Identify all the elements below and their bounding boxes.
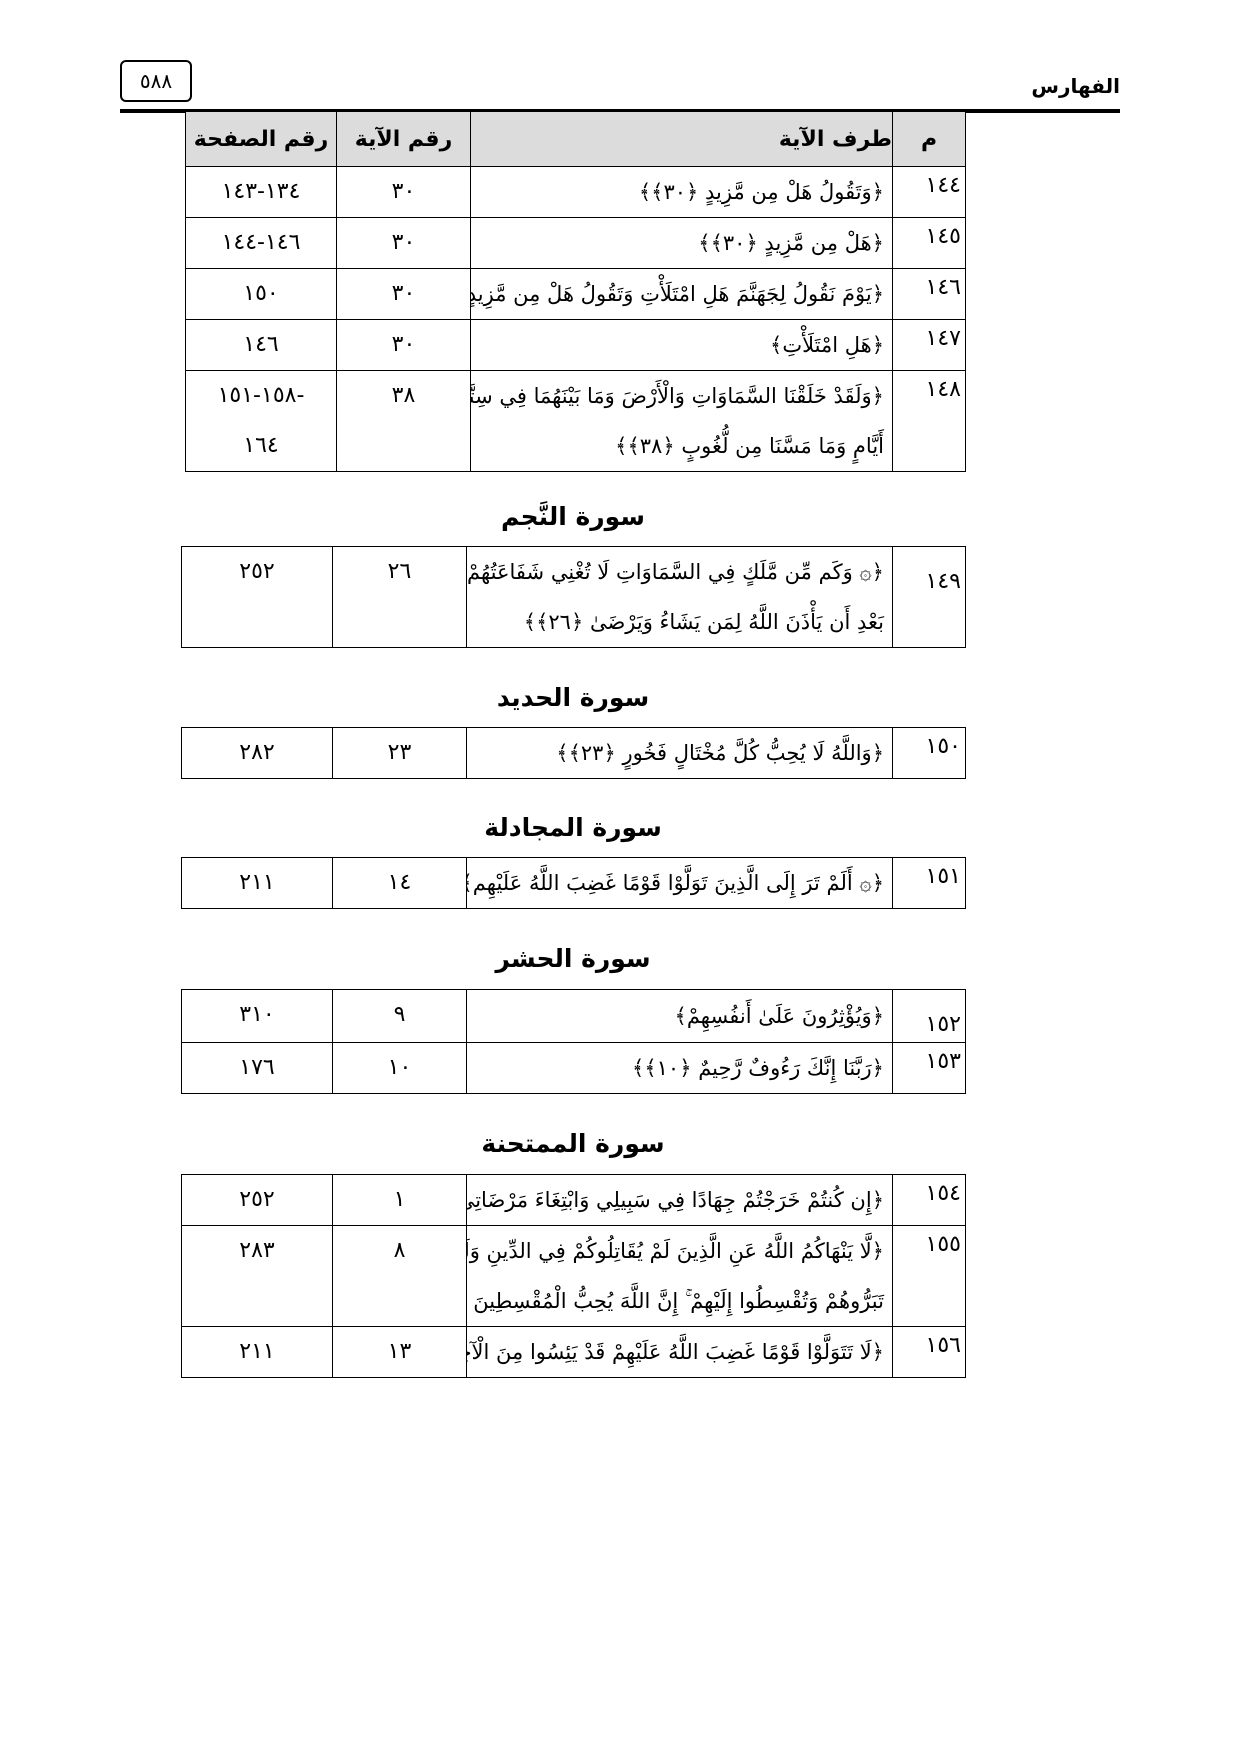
ayah-number: ٢٦	[333, 547, 466, 597]
verse-text: ﴿لَا تَتَوَلَّوْا قَوْمًا غَضِبَ اللَّهُ…	[467, 1327, 892, 1377]
ayah-number: ٣٨	[337, 371, 470, 421]
page-ref-line-2: ١٦٤	[186, 421, 336, 471]
ayah-number: ١	[333, 1175, 466, 1225]
verse-text-line-1: ﴿لَّا يَنْهَاكُمُ اللَّهُ عَنِ الَّذِينَ…	[467, 1226, 892, 1276]
table-row: ١٤٩ ﴿۞ وَكَم مِّن مَّلَكٍ فِي السَّمَاوَ…	[182, 547, 966, 648]
verse-text-line-2: أَيَّامٍ وَمَا مَسَّنَا مِن لُّغُوبٍ ﴿٣٨…	[471, 421, 892, 471]
ayah-number: ٣٠	[337, 167, 470, 217]
page-ref: ٢٨٣	[182, 1226, 332, 1276]
page-ref: ١٧٦	[182, 1043, 332, 1093]
verse-text-line-1: ﴿وَلَقَدْ خَلَقْنَا السَّمَاوَاتِ وَالْأ…	[471, 371, 892, 421]
page-header: ٥٨٨ الفهارس	[120, 60, 1120, 112]
page-ref: ٢٥٢	[182, 547, 332, 597]
surah-title-hadid: سورة الحديد	[180, 683, 966, 712]
index-table-hadid: ١٥٠ ﴿وَاللَّهُ لَا يُحِبُّ كُلَّ مُخْتَا…	[181, 727, 966, 779]
index-table-hashr: ١٥٢ ﴿وَيُؤْثِرُونَ عَلَىٰ أَنفُسِهِمْ﴾ ٩…	[181, 989, 966, 1094]
table-row: ١٤٤ ﴿وَتَقُولُ هَلْ مِن مَّزِيدٍ ﴿٣٠﴾﴾ ٣…	[186, 167, 966, 218]
ayah-number: ٩	[333, 990, 466, 1040]
page-ref: ١٣٤-١٤٣	[186, 167, 336, 217]
ayah-number: ١٤	[333, 858, 466, 908]
page-number: ٥٨٨	[120, 60, 192, 102]
page-ref: ١٥٠	[186, 269, 336, 319]
verse-text: ﴿وَيُؤْثِرُونَ عَلَىٰ أَنفُسِهِمْ﴾	[467, 990, 892, 1042]
table-row: ١٤٦ ﴿يَوْمَ نَقُولُ لِجَهَنَّمَ هَلِ امْ…	[186, 269, 966, 320]
verse-text-line-2: بَعْدِ أَن يَأْذَنَ اللَّهُ لِمَن يَشَاء…	[467, 597, 892, 647]
running-title: الفهارس	[1031, 74, 1120, 98]
row-number: ١٤٤	[893, 167, 965, 198]
verse-text-line-2: تَبَرُّوهُمْ وَتُقْسِطُوا إِلَيْهِمْ ۚ إ…	[467, 1276, 892, 1326]
page-ref: ٢٨٢	[182, 728, 332, 778]
page-ref: ١٤٦-١٤٤	[186, 218, 336, 268]
verse-text: ﴿وَاللَّهُ لَا يُحِبُّ كُلَّ مُخْتَالٍ ف…	[467, 728, 892, 778]
row-number: ١٥٢	[893, 990, 965, 1037]
ayah-number: ١٣	[333, 1327, 466, 1377]
verse-text: ﴿رَبَّنَا إِنَّكَ رَءُوفٌ رَّحِيمٌ ﴿١٠﴾﴾	[467, 1043, 892, 1093]
verse-text: ﴿إِن كُنتُمْ خَرَجْتُمْ جِهَادًا فِي سَب…	[467, 1175, 892, 1225]
verse-text-line-1: ﴿۞ وَكَم مِّن مَّلَكٍ فِي السَّمَاوَاتِ …	[467, 547, 892, 597]
table-row: ١٤٨ ﴿وَلَقَدْ خَلَقْنَا السَّمَاوَاتِ وَ…	[186, 371, 966, 472]
row-number: ١٥٥	[893, 1226, 965, 1257]
page-ref: ٢١١	[182, 1327, 332, 1377]
verse-text: ﴿وَتَقُولُ هَلْ مِن مَّزِيدٍ ﴿٣٠﴾﴾	[471, 167, 892, 217]
index-table-mumtahanah: ١٥٤ ﴿إِن كُنتُمْ خَرَجْتُمْ جِهَادًا فِي…	[181, 1174, 966, 1378]
row-number: ١٤٦	[893, 269, 965, 300]
column-header-no: م	[893, 112, 966, 167]
ayah-number: ١٠	[333, 1043, 466, 1093]
index-table-mujadila: ١٥١ ﴿۞ أَلَمْ تَرَ إِلَى الَّذِينَ تَوَل…	[181, 857, 966, 909]
table-row: ١٥٤ ﴿إِن كُنتُمْ خَرَجْتُمْ جِهَادًا فِي…	[182, 1175, 966, 1226]
table-header-row: م طرف الآية رقم الآية رقم الصفحة	[186, 112, 966, 167]
page-ref-line-1: -١٥٨-١٥١	[186, 371, 336, 421]
ayah-number: ٢٣	[333, 728, 466, 778]
surah-title-najm: سورة النَّجم	[180, 502, 966, 531]
verse-text: ﴿يَوْمَ نَقُولُ لِجَهَنَّمَ هَلِ امْتَلَ…	[471, 269, 892, 319]
verse-text: ﴿هَلِ امْتَلَأْتِ﴾	[471, 320, 892, 370]
table-row: ١٥٢ ﴿وَيُؤْثِرُونَ عَلَىٰ أَنفُسِهِمْ﴾ ٩…	[182, 990, 966, 1043]
ayah-number: ٣٠	[337, 269, 470, 319]
index-table-continued: م طرف الآية رقم الآية رقم الصفحة ١٤٤ ﴿وَ…	[185, 111, 966, 472]
table-row: ١٥١ ﴿۞ أَلَمْ تَرَ إِلَى الَّذِينَ تَوَل…	[182, 858, 966, 909]
index-table-najm: ١٤٩ ﴿۞ وَكَم مِّن مَّلَكٍ فِي السَّمَاوَ…	[181, 546, 966, 648]
row-number: ١٥٤	[893, 1175, 965, 1206]
table-row: ١٥٣ ﴿رَبَّنَا إِنَّكَ رَءُوفٌ رَّحِيمٌ ﴿…	[182, 1043, 966, 1094]
ayah-number: ٣٠	[337, 320, 470, 370]
page-ref: ٢٥٢	[182, 1175, 332, 1225]
ayah-number: ٣٠	[337, 218, 470, 268]
column-header-page: رقم الصفحة	[186, 112, 337, 167]
row-number: ١٤٥	[893, 218, 965, 249]
column-header-verse: طرف الآية	[471, 112, 893, 167]
verse-text: ﴿هَلْ مِن مَّزِيدٍ ﴿٣٠﴾﴾	[471, 218, 892, 268]
row-number: ١٤٧	[893, 320, 965, 351]
table-row: ١٤٧ ﴿هَلِ امْتَلَأْتِ﴾ ٣٠ ١٤٦	[186, 320, 966, 371]
page-ref: ٢١١	[182, 858, 332, 908]
row-number: ١٥١	[893, 858, 965, 889]
page-ref: ٣١٠	[182, 990, 332, 1040]
table-row: ١٥٦ ﴿لَا تَتَوَلَّوْا قَوْمًا غَضِبَ الل…	[182, 1327, 966, 1378]
row-number: ١٥٠	[893, 728, 965, 759]
row-number: ١٤٨	[893, 371, 965, 402]
row-number: ١٤٩	[893, 547, 965, 594]
table-row: ١٤٥ ﴿هَلْ مِن مَّزِيدٍ ﴿٣٠﴾﴾ ٣٠ ١٤٦-١٤٤	[186, 218, 966, 269]
surah-title-hashr: سورة الحشر	[180, 944, 966, 973]
ayah-number: ٨	[333, 1226, 466, 1276]
row-number: ١٥٦	[893, 1327, 965, 1358]
table-row: ١٥٠ ﴿وَاللَّهُ لَا يُحِبُّ كُلَّ مُخْتَا…	[182, 728, 966, 779]
page-ref: ١٤٦	[186, 320, 336, 370]
surah-title-mujadila: سورة المجادلة	[180, 813, 966, 842]
row-number: ١٥٣	[893, 1043, 965, 1074]
verse-text: ﴿۞ أَلَمْ تَرَ إِلَى الَّذِينَ تَوَلَّوْ…	[467, 858, 892, 908]
surah-title-mumtahanah: سورة الممتحنة	[180, 1129, 966, 1158]
column-header-ayah: رقم الآية	[337, 112, 471, 167]
table-row: ١٥٥ ﴿لَّا يَنْهَاكُمُ اللَّهُ عَنِ الَّذ…	[182, 1226, 966, 1327]
